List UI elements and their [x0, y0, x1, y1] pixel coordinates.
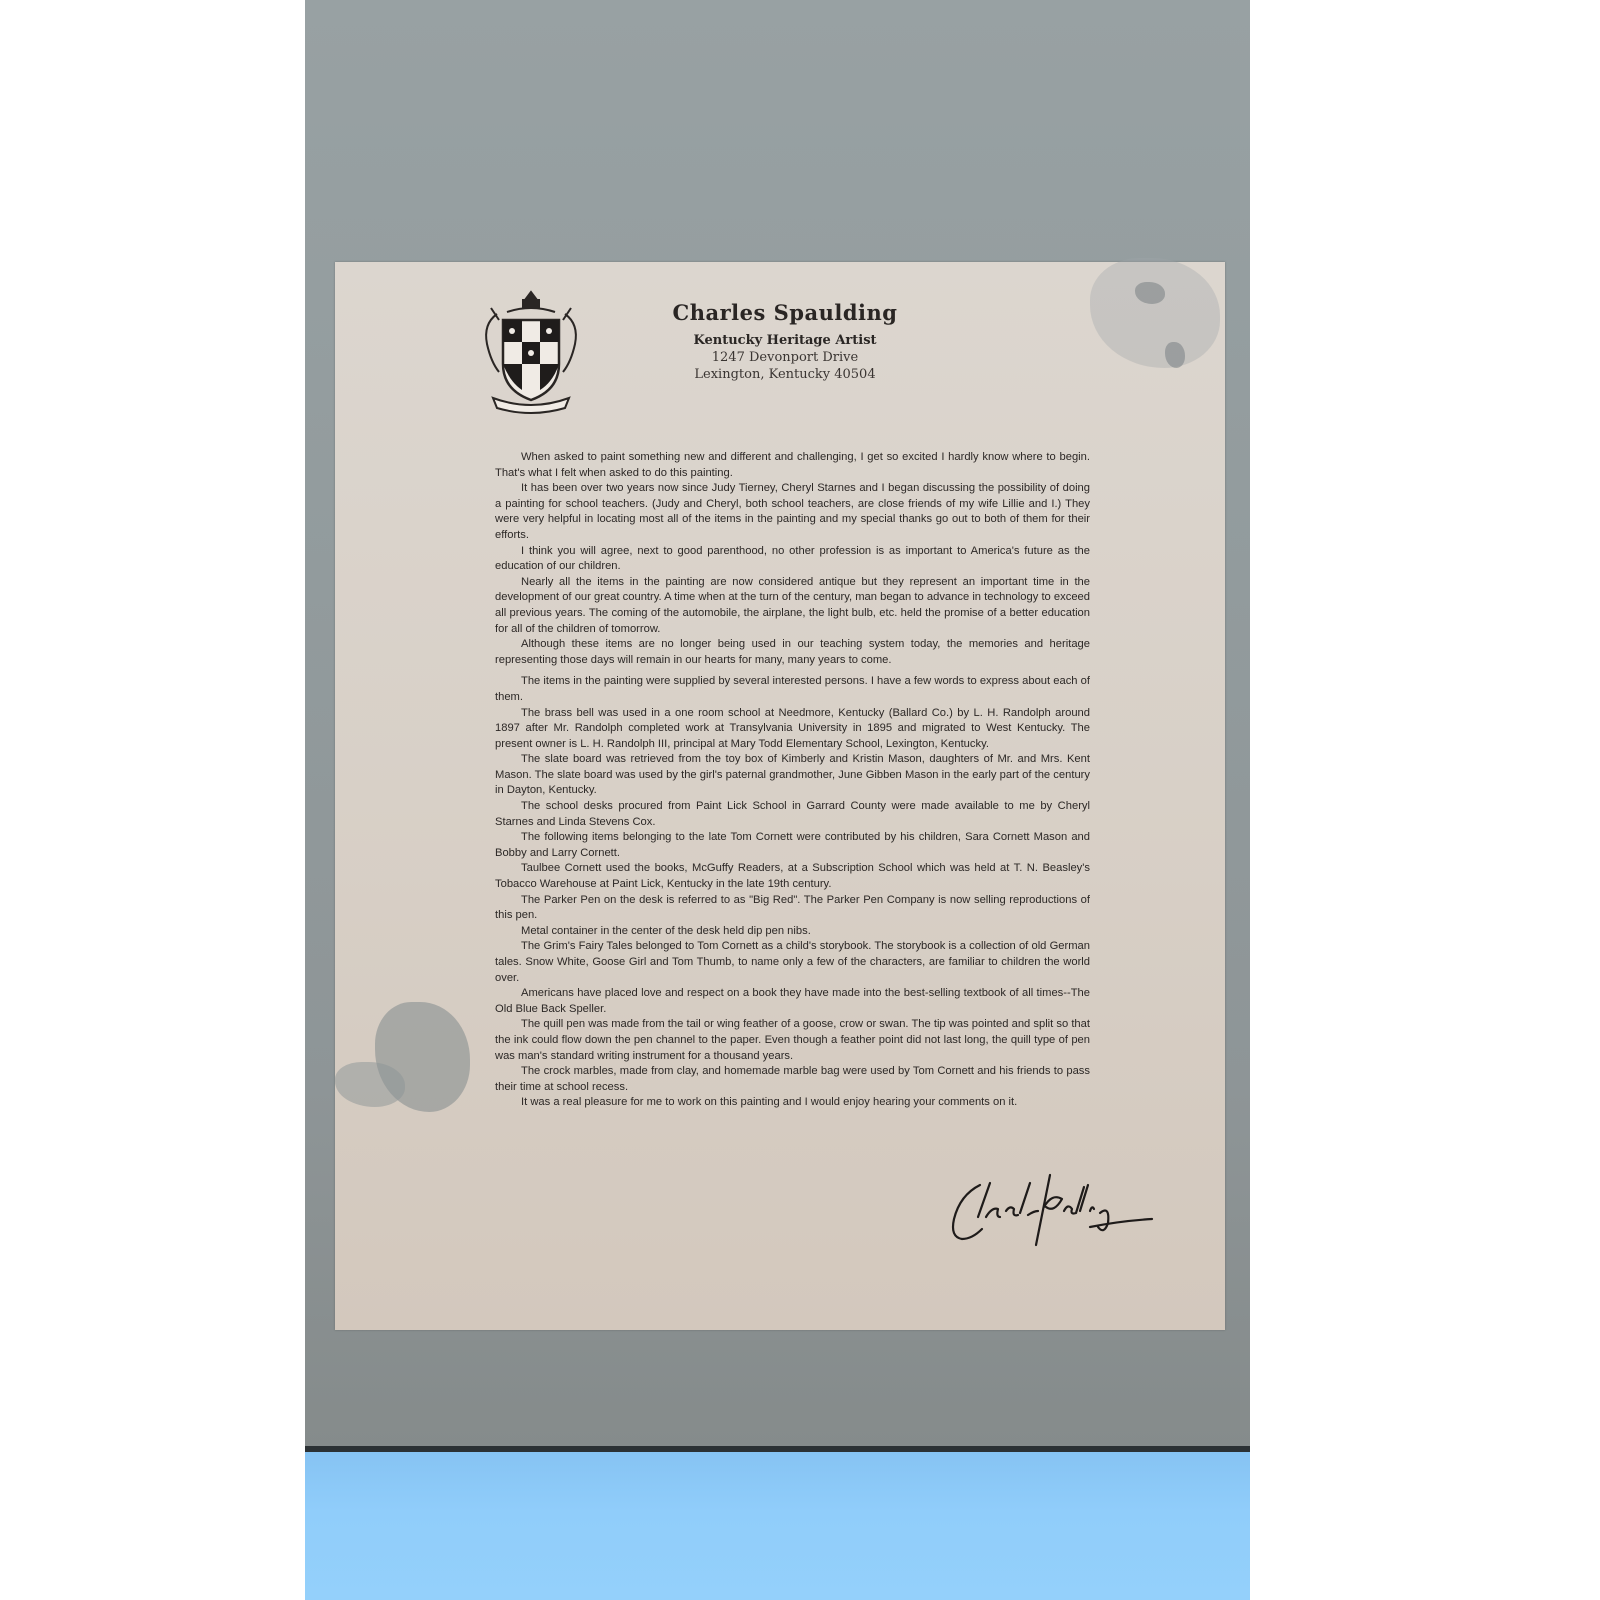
artist-subtitle: Kentucky Heritage Artist: [635, 333, 935, 348]
paragraph: Metal container in the center of the des…: [495, 924, 1090, 940]
letter-body: When asked to paint something new and di…: [495, 450, 1090, 1111]
paragraph: It has been over two years now since Jud…: [495, 481, 1090, 543]
paragraph: Although these items are no longer being…: [495, 637, 1090, 668]
paragraph: The Grim's Fairy Tales belonged to Tom C…: [495, 939, 1090, 986]
paragraph: It was a real pleasure for me to work on…: [495, 1095, 1090, 1111]
signature-icon: [940, 1167, 1160, 1247]
paragraph: The Parker Pen on the desk is referred t…: [495, 893, 1090, 924]
paragraph: The following items belonging to the lat…: [495, 830, 1090, 861]
paragraph: Americans have placed love and respect o…: [495, 986, 1090, 1017]
paragraph: Nearly all the items in the painting are…: [495, 575, 1090, 637]
address-line-1: 1247 Devonport Drive: [635, 350, 935, 365]
paper-damage-top-right: [1090, 258, 1220, 368]
letterhead: Charles Spaulding Kentucky Heritage Arti…: [635, 300, 935, 382]
paragraph: Taulbee Cornett used the books, McGuffy …: [495, 861, 1090, 892]
paragraph: The quill pen was made from the tail or …: [495, 1017, 1090, 1064]
paragraph: The crock marbles, made from clay, and h…: [495, 1064, 1090, 1095]
artist-name: Charles Spaulding: [635, 300, 935, 325]
paper-damage-left-edge: [335, 1062, 405, 1107]
paragraph: The slate board was retrieved from the t…: [495, 752, 1090, 799]
paragraph: When asked to paint something new and di…: [495, 450, 1090, 481]
coat-of-arms-icon: [477, 284, 585, 414]
letter-paper: Charles Spaulding Kentucky Heritage Arti…: [335, 262, 1225, 1330]
paragraph: The school desks procured from Paint Lic…: [495, 799, 1090, 830]
paragraph: I think you will agree, next to good par…: [495, 544, 1090, 575]
paragraph: The items in the painting were supplied …: [495, 674, 1090, 705]
address-line-2: Lexington, Kentucky 40504: [635, 367, 935, 382]
blue-surface: [305, 1452, 1250, 1600]
paragraph: The brass bell was used in a one room sc…: [495, 706, 1090, 753]
paper-damage-spot: [1165, 342, 1185, 368]
